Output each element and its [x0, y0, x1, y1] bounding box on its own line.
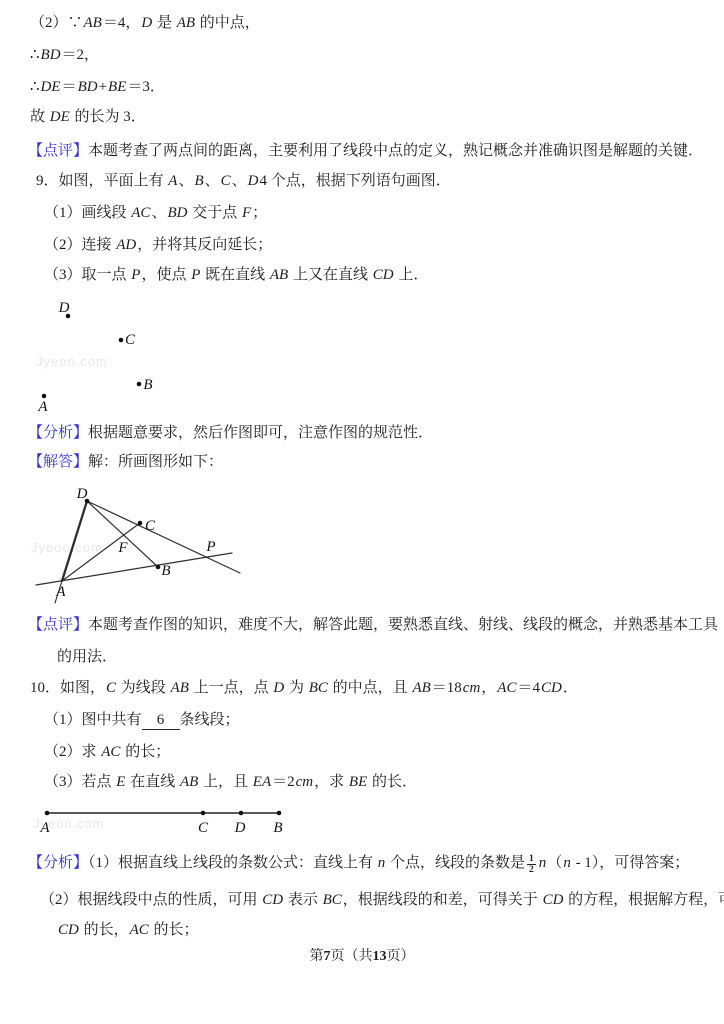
point-label-C: C	[145, 518, 156, 534]
point-label-D: D	[234, 820, 246, 836]
text-segment: ，求	[314, 774, 348, 790]
text-segment: +	[99, 79, 107, 95]
text-segment: 的中点，且	[329, 680, 412, 696]
answer-9: 【解答】解：所画图形如下：	[28, 452, 223, 472]
text-segment: AB	[269, 267, 289, 283]
text-segment: B	[193, 173, 204, 189]
text-segment: ＝18	[432, 680, 462, 696]
text-segment: 上，且	[199, 774, 252, 790]
text-segment: 4 个点，根据下列语句画图．	[260, 173, 451, 189]
page-footer: 第7页（共13页）	[0, 947, 724, 967]
comment-9-line2: 的用法．	[57, 647, 117, 667]
text-segment: 上．	[395, 267, 429, 283]
text-segment: BE	[107, 79, 127, 95]
text-segment: （	[547, 855, 562, 871]
figure-construction-answer: DCFPBA	[30, 482, 260, 612]
text-segment: cm	[295, 774, 315, 790]
point-dot	[201, 811, 206, 816]
text-segment: E	[115, 774, 126, 790]
text-segment: 是	[153, 15, 176, 31]
text-segment: 、	[178, 173, 193, 189]
text-segment: C	[105, 680, 117, 696]
sol8-conclusion: 故 DE 的长为 3．	[30, 107, 146, 127]
text-segment: ．	[563, 680, 578, 696]
figure-segment-ACDB: ACDB	[38, 795, 308, 840]
problem-10-q3: （3）若点 E 在直线 AB 上，且 EA＝2cm，求 BE 的长．	[44, 772, 417, 792]
text-segment: 上又在直线	[289, 267, 372, 283]
text-segment: 第	[310, 949, 324, 964]
sol8-step3: ∴DE＝BD+BE＝3．	[30, 77, 165, 97]
comment-8: 【点评】本题考查了两点间的距离，主要利用了线段中点的定义，熟记概念并准确识图是解…	[28, 141, 703, 161]
text-segment: DE	[49, 109, 71, 125]
point-label-D: D	[58, 300, 70, 316]
analysis-10-line2: （2）根据线段中点的性质，可用 CD 表示 BC，根据线段的和差，可得关于 CD…	[40, 890, 724, 910]
text-segment: AD	[115, 237, 137, 253]
text-segment: 本题考查了两点间的距离，主要利用了线段中点的定义，熟记概念并准确识图是解题的关键…	[88, 143, 703, 159]
analysis-10-line1: 【分析】（1）根据直线上线段的条数公式：直线上有 n 个点，线段的条数是12n（…	[28, 853, 689, 876]
point-label-P: P	[205, 539, 215, 555]
text-segment: 的中点，	[196, 15, 260, 31]
text-segment: 在直线	[126, 774, 179, 790]
text-segment: ，并将其反向延长；	[137, 237, 272, 253]
text-segment: AB	[170, 680, 190, 696]
text-segment: 根据题意要求，然后作图即可，注意作图的规范性．	[88, 425, 433, 441]
text-segment: - 1），可得答案；	[572, 855, 690, 871]
text-segment: ，使点	[141, 267, 190, 283]
text-segment: BD	[77, 79, 99, 95]
point-dot	[239, 811, 244, 816]
text-segment: P	[130, 267, 141, 283]
text-segment: 为线段	[117, 680, 170, 696]
text-segment: CD	[540, 680, 563, 696]
text-segment: CD	[261, 892, 284, 908]
point-label-B: B	[161, 563, 170, 579]
text-segment: n	[377, 855, 387, 871]
text-segment: 【分析】	[28, 425, 88, 441]
analysis-10-line3: CD 的长，AC 的长；	[57, 920, 199, 940]
text-segment: n	[562, 855, 572, 871]
text-segment: 本题考查作图的知识，难度不大，解答此题，要熟悉直线、射线、线段的概念，并熟悉基本…	[88, 617, 718, 633]
document-page: （2）∵AB＝4，D 是 AB 的中点，∴BD＝2，∴DE＝BD+BE＝3．故 …	[0, 0, 724, 1024]
text-segment: 的长，	[80, 922, 129, 938]
text-segment: 【点评】	[28, 617, 88, 633]
text-segment: （2）求	[44, 744, 100, 760]
text-segment: AB	[176, 15, 196, 31]
text-segment: CD	[542, 892, 565, 908]
text-segment: 既在直线	[201, 267, 269, 283]
text-segment: BD	[166, 205, 188, 221]
analysis-9: 【分析】根据题意要求，然后作图即可，注意作图的规范性．	[28, 423, 433, 443]
point-label-A: A	[55, 584, 66, 600]
point-label-F: F	[117, 540, 128, 556]
text-segment: 的长为 3．	[71, 109, 146, 125]
text-segment: AC	[100, 744, 121, 760]
point-label-C: C	[125, 332, 136, 348]
text-segment: DE	[40, 79, 62, 95]
point-label-B: B	[273, 820, 282, 836]
text-segment: CD	[372, 267, 395, 283]
point-dot	[156, 565, 161, 570]
problem-9-title: 9．如图，平面上有 A、B、C、D4 个点，根据下列语句画图．	[36, 171, 451, 191]
text-segment: 7	[324, 949, 331, 964]
sol8-step1: （2）∵AB＝4，D 是 AB 的中点，	[30, 13, 260, 33]
text-segment: D	[140, 15, 153, 31]
point-label-A: A	[37, 399, 48, 415]
fraction-one-half: 12	[527, 854, 536, 876]
text-segment: 为	[285, 680, 308, 696]
text-segment: 、	[151, 205, 166, 221]
point-dot	[277, 811, 282, 816]
text-segment: 10．如图，	[30, 680, 105, 696]
text-segment: （1）画线段	[44, 205, 130, 221]
text-segment: F	[241, 205, 252, 221]
text-segment: P	[190, 267, 201, 283]
text-segment: 页）	[387, 949, 415, 964]
text-segment: 【解答】	[28, 454, 88, 470]
point-dot	[137, 382, 142, 387]
text-segment: BE	[348, 774, 368, 790]
problem-10-q1: （1）图中共有6条线段；	[44, 710, 240, 730]
text-segment: （2）∵	[30, 15, 83, 31]
text-segment: AB	[83, 15, 103, 31]
text-segment: 上一点，点	[190, 680, 273, 696]
point-label-D: D	[76, 486, 88, 502]
text-segment: 交于点	[188, 205, 241, 221]
point-dot	[138, 521, 143, 526]
point-label-C: C	[198, 820, 209, 836]
text-segment: 13	[373, 949, 387, 964]
text-segment: ∴	[30, 79, 40, 95]
text-segment: BD	[40, 47, 62, 63]
text-segment: 个点，线段的条数是	[386, 855, 525, 871]
text-segment: （3）若点	[44, 774, 115, 790]
text-segment: ＝4，	[103, 15, 141, 31]
text-segment: ＝2	[272, 774, 295, 790]
text-segment: n	[538, 855, 548, 871]
text-segment: AC	[130, 205, 151, 221]
text-segment: 条线段；	[180, 712, 240, 728]
text-segment: 、	[232, 173, 247, 189]
answer-blank-underline: 6	[142, 712, 180, 730]
text-segment: 的长；	[150, 922, 199, 938]
text-segment: CD	[57, 922, 80, 938]
text-segment: AC	[496, 680, 517, 696]
problem-10-q2: （2）求 AC 的长；	[44, 742, 170, 762]
text-segment: （3）取一点	[44, 267, 130, 283]
text-segment: ＝3．	[127, 79, 165, 95]
figure-given-points: DCBA	[28, 295, 203, 420]
text-segment: 、	[205, 173, 220, 189]
segment-DB	[87, 501, 158, 567]
point-label-A: A	[39, 820, 50, 836]
segment-AC	[62, 523, 140, 581]
text-segment: D	[272, 680, 285, 696]
problem-9-q2: （2）连接 AD，并将其反向延长；	[44, 235, 272, 255]
point-dot	[45, 811, 50, 816]
text-segment: 的长．	[368, 774, 417, 790]
text-segment: ∴	[30, 47, 40, 63]
text-segment: ，	[481, 680, 496, 696]
text-segment: ＝	[62, 79, 77, 95]
text-segment: 故	[30, 109, 49, 125]
text-segment: BC	[322, 892, 343, 908]
text-segment: AB	[179, 774, 199, 790]
text-segment: BC	[308, 680, 329, 696]
text-segment: ＝4	[517, 680, 540, 696]
text-segment: 页（共	[331, 949, 373, 964]
text-segment: A	[167, 173, 178, 189]
point-dot	[119, 338, 124, 343]
point-dot	[42, 394, 47, 399]
text-segment: 表示	[284, 892, 322, 908]
text-segment: 解：所画图形如下：	[88, 454, 223, 470]
text-segment: 的方程，根据解方程，可得	[564, 892, 724, 908]
text-segment: （1）图中共有	[44, 712, 142, 728]
problem-10-title: 10．如图，C 为线段 AB 上一点，点 D 为 BC 的中点，且 AB＝18c…	[30, 678, 578, 698]
text-segment: ，根据线段的和差，可得关于	[343, 892, 542, 908]
text-segment: 的用法．	[57, 649, 117, 665]
text-segment: C	[220, 173, 232, 189]
text-segment: cm	[462, 680, 482, 696]
text-segment: D	[247, 173, 260, 189]
point-label-B: B	[143, 377, 152, 393]
problem-9-q1: （1）画线段 AC、BD 交于点 F；	[44, 203, 267, 223]
text-segment: ＝2，	[62, 47, 100, 63]
text-segment: 【点评】	[28, 143, 88, 159]
text-segment: AC	[129, 922, 150, 938]
text-segment: 【分析】	[28, 855, 88, 871]
sol8-step2: ∴BD＝2，	[30, 45, 99, 65]
text-segment: 的长；	[121, 744, 170, 760]
text-segment: AB	[411, 680, 431, 696]
text-segment: （2）连接	[44, 237, 115, 253]
problem-9-q3: （3）取一点 P，使点 P 既在直线 AB 上又在直线 CD 上．	[44, 265, 428, 285]
text-segment: 9．如图，平面上有	[36, 173, 167, 189]
text-segment: （2）根据线段中点的性质，可用	[40, 892, 261, 908]
text-segment: ；	[252, 205, 267, 221]
comment-9-line1: 【点评】本题考查作图的知识，难度不大，解答此题，要熟悉直线、射线、线段的概念，并…	[28, 615, 718, 635]
text-segment: EA	[252, 774, 272, 790]
text-segment: （1）根据直线上线段的条数公式：直线上有	[88, 855, 377, 871]
